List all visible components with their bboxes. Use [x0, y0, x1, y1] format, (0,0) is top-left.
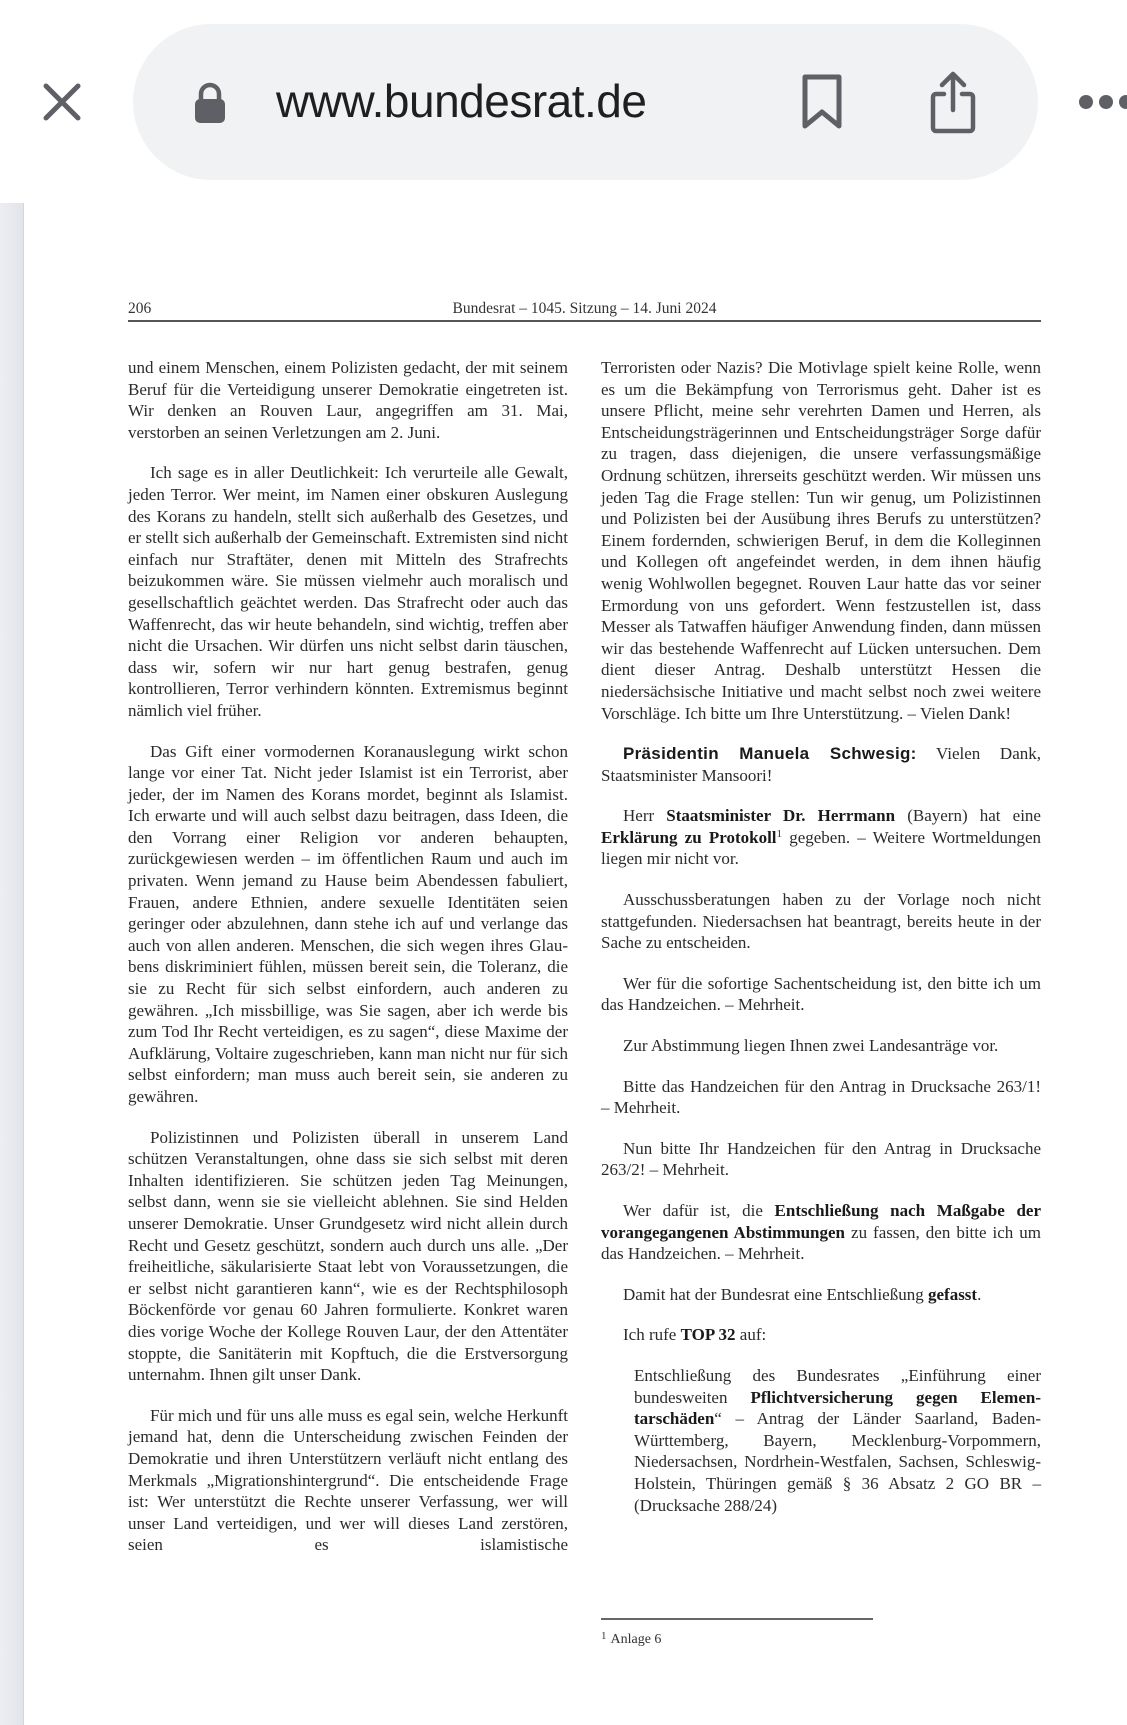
right-column: Terroristen oder Nazis? Die Motivlage sp…	[601, 357, 1041, 1535]
url-text[interactable]: www.bundesrat.de	[276, 74, 646, 128]
paragraph: Wer für die sofortige Sachentscheidung i…	[601, 973, 1041, 1016]
footnote-text: Anlage 6	[611, 1632, 662, 1647]
paragraph: Zur Abstimmung liegen Ihnen zwei Landesa…	[601, 1035, 1041, 1057]
agenda-item-description: Entschließung des Bundesrates „Einführun…	[634, 1365, 1041, 1516]
paragraph: und einem Menschen, einem Polizisten ged…	[128, 357, 568, 443]
footnote: 1Anlage 6	[601, 1632, 661, 1648]
speaker-name: Präsidentin Manuela Schwesig:	[623, 744, 917, 763]
more-options-button[interactable]	[1076, 92, 1127, 114]
text: Wer dafür ist, die	[623, 1201, 775, 1220]
more-horizontal-icon	[1119, 95, 1127, 109]
footnote-marker: 1	[601, 1630, 607, 1642]
text: auf:	[736, 1325, 767, 1344]
text: .	[977, 1285, 981, 1304]
agenda-item-number: TOP 32	[681, 1325, 736, 1344]
paragraph: Wer dafür ist, die Entschließung nach Ma…	[601, 1200, 1041, 1265]
share-button[interactable]	[928, 70, 978, 136]
left-column: und einem Menschen, einem Polizisten ged…	[128, 357, 568, 1575]
paragraph: Herr Staatsminister Dr. Herrmann (Bayern…	[601, 805, 1041, 870]
minister-name: Staatsminister Dr. Herrmann	[666, 806, 895, 825]
lock-icon	[192, 82, 228, 124]
paragraph: Das Gift einer vormodernen Koranauslegun…	[128, 741, 568, 1108]
paragraph: Für mich und für uns alle muss es egal s…	[128, 1405, 568, 1556]
viewer-gutter	[0, 203, 24, 1725]
paragraph: Nun bitte Ihr Handzeichen für den Antrag…	[601, 1138, 1041, 1181]
paragraph: Damit hat der Bundesrat eine Entschließu…	[601, 1284, 1041, 1306]
text: (Bayern) hat eine	[895, 806, 1041, 825]
paragraph: Ich sage es in aller Deutlichkeit: Ich v…	[128, 462, 568, 721]
footnote-divider	[601, 1618, 873, 1620]
bold-text: gefasst	[928, 1285, 977, 1304]
agenda-call: Ich rufe TOP 32 auf:	[601, 1324, 1041, 1346]
paragraph: Bitte das Handzeichen für den Antrag in …	[601, 1076, 1041, 1119]
paragraph: Polizistinnen und Polizisten überall in …	[128, 1127, 568, 1386]
paragraph: Ausschussberatungen haben zu der Vorlage…	[601, 889, 1041, 954]
text: Damit hat der Bundesrat eine Entschließu…	[623, 1285, 928, 1304]
text: Ich rufe	[623, 1325, 681, 1344]
bookmark-icon	[800, 72, 844, 132]
close-button[interactable]	[40, 80, 84, 124]
speaker-paragraph: Präsidentin Manuela Schwesig: Vielen Dan…	[601, 743, 1041, 786]
bookmark-button[interactable]	[800, 72, 844, 132]
protocol-statement: Erklärung zu Protokoll	[601, 828, 777, 847]
text: Herr	[623, 806, 666, 825]
share-icon	[928, 70, 978, 136]
browser-top-bar: www.bundesrat.de	[0, 0, 1127, 185]
running-head: 206 Bundesrat – 1045. Sitzung – 14. Juni…	[128, 300, 1041, 322]
paragraph: Terroristen oder Nazis? Die Motivlage sp…	[601, 357, 1041, 724]
close-icon	[40, 80, 84, 124]
more-horizontal-icon	[1099, 95, 1113, 109]
more-horizontal-icon	[1079, 95, 1093, 109]
running-head-title: Bundesrat – 1045. Sitzung – 14. Juni 202…	[128, 300, 1041, 318]
